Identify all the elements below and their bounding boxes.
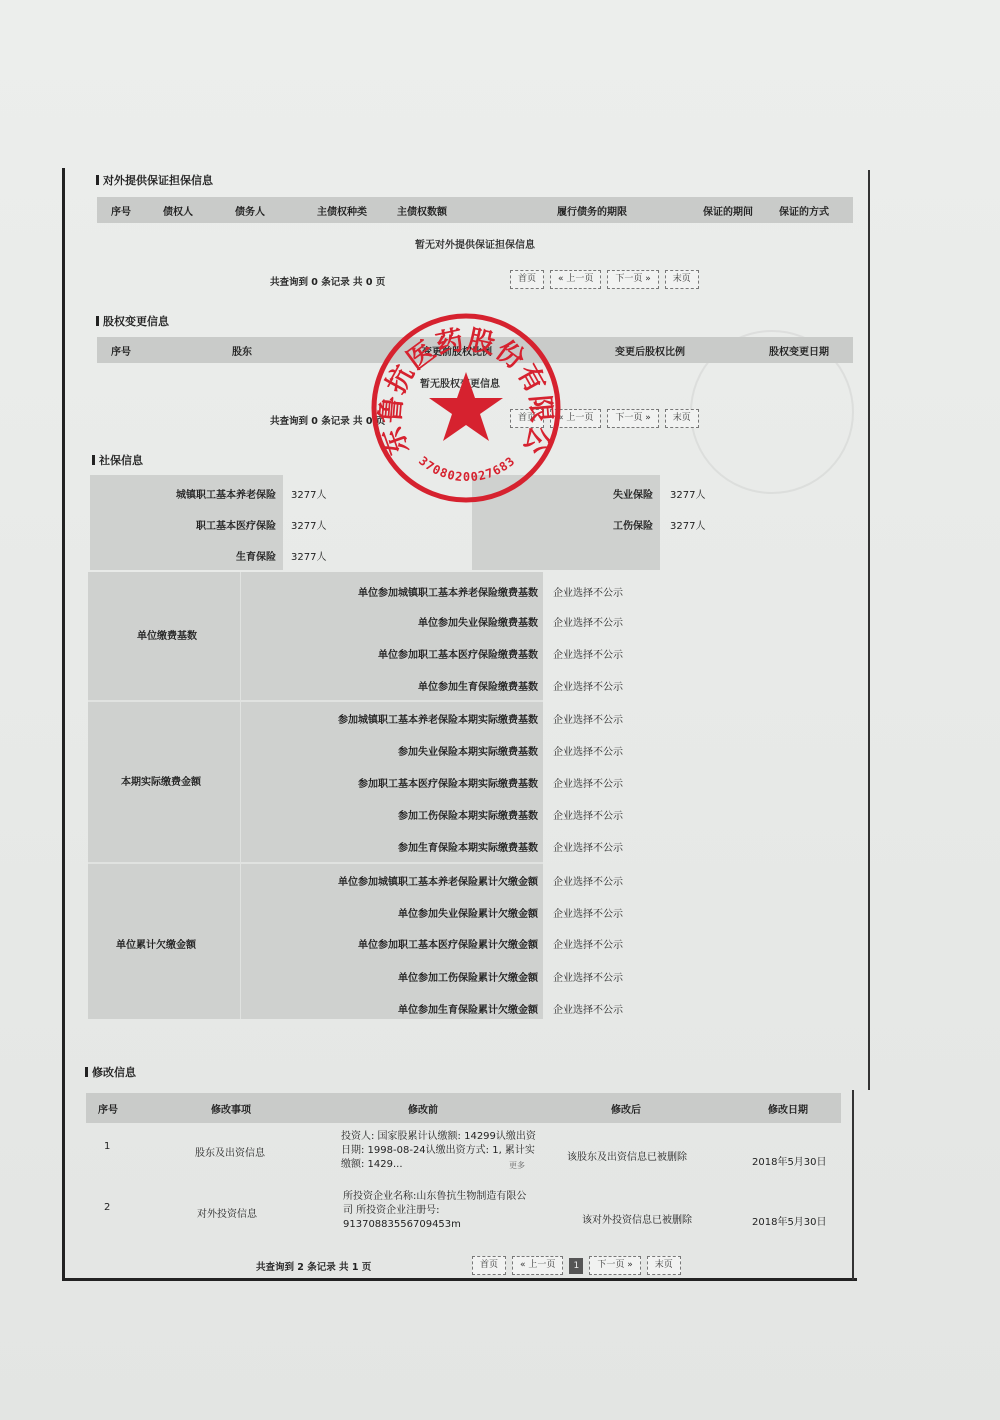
col-header: 股权变更日期 — [769, 343, 829, 358]
row-item: 股东及出资信息 — [195, 1144, 265, 1159]
row-index: 2 — [104, 1202, 110, 1213]
group-row-divider — [88, 862, 543, 864]
item-label: 参加失业保险本期实际缴费基数 — [398, 743, 538, 758]
item-value: 企业选择不公示 — [553, 775, 623, 790]
item-label: 单位参加工伤保险累计欠缴金额 — [398, 969, 538, 984]
item-value: 企业选择不公示 — [553, 873, 623, 888]
last-page-button[interactable]: 末页 — [665, 270, 699, 289]
col-header: 序号 — [111, 343, 131, 358]
count-value: 3277人 — [291, 517, 326, 532]
frame-left-border — [62, 168, 65, 1281]
frame-bottom-border — [62, 1278, 857, 1281]
section-marker — [92, 455, 95, 465]
count-label: 生育保险 — [236, 548, 276, 563]
guarantee-section-title: 对外提供保证担保信息 — [96, 172, 213, 188]
col-header: 保证的期间 — [703, 203, 753, 218]
col-header: 修改事项 — [211, 1101, 251, 1116]
item-value: 企业选择不公示 — [553, 1001, 623, 1016]
item-value: 企业选择不公示 — [553, 839, 623, 854]
row-date: 2018年5月30日 — [752, 1153, 827, 1168]
item-value: 企业选择不公示 — [553, 614, 623, 629]
row-after: 该对外投资信息已被删除 — [582, 1211, 692, 1226]
item-value: 企业选择不公示 — [553, 905, 623, 920]
group-label: 单位缴费基数 — [137, 627, 197, 642]
section-title-text: 社保信息 — [99, 452, 143, 468]
count-label: 失业保险 — [613, 486, 653, 501]
more-link[interactable]: 更多 — [509, 1160, 525, 1171]
item-label: 参加工伤保险本期实际缴费基数 — [398, 807, 538, 822]
pagination: 首页 « 上一页 1 下一页 » 末页 — [472, 1256, 681, 1275]
count-label: 城镇职工基本养老保险 — [176, 486, 276, 501]
group-row-divider — [88, 700, 543, 702]
group-divider — [240, 572, 241, 1019]
prev-page-button[interactable]: « 上一页 — [512, 1256, 563, 1275]
col-header: 序号 — [98, 1101, 118, 1116]
col-header: 主债权种类 — [317, 203, 367, 218]
col-header: 修改日期 — [768, 1101, 808, 1116]
item-value: 企业选择不公示 — [553, 969, 623, 984]
next-page-button[interactable]: 下一页 » — [589, 1256, 640, 1275]
count-value: 3277人 — [670, 486, 705, 501]
row-after: 该股东及出资信息已被删除 — [567, 1148, 687, 1163]
item-label: 参加职工基本医疗保险本期实际缴费基数 — [358, 775, 538, 790]
equity-section-title: 股权变更信息 — [96, 313, 169, 329]
company-seal: 山东鲁抗医药股份有限公司 3708020027683 — [368, 310, 564, 506]
social-section-title: 社保信息 — [92, 452, 143, 468]
empty-message: 暂无对外提供保证担保信息 — [415, 236, 535, 251]
modification-table-header: 序号 修改事项 修改前 修改后 修改日期 — [86, 1093, 841, 1123]
count-label: 工伤保险 — [613, 517, 653, 532]
count-value: 3277人 — [670, 517, 705, 532]
next-page-button[interactable]: 下一页 » — [607, 270, 658, 289]
row-index: 1 — [104, 1141, 110, 1152]
section-title-text: 股权变更信息 — [103, 313, 169, 329]
section-marker — [85, 1067, 88, 1077]
item-label: 单位参加生育保险累计欠缴金额 — [398, 1001, 538, 1016]
row-item: 对外投资信息 — [197, 1205, 257, 1220]
item-label: 单位参加失业保险累计欠缴金额 — [398, 905, 538, 920]
item-label: 单位参加职工基本医疗保险累计欠缴金额 — [358, 936, 538, 951]
section-marker — [96, 175, 99, 185]
item-value: 企业选择不公示 — [553, 678, 623, 693]
item-value: 企业选择不公示 — [553, 936, 623, 951]
frame-right-border-lower — [852, 1090, 854, 1280]
count-value: 3277人 — [291, 486, 326, 501]
item-value: 企业选择不公示 — [553, 711, 623, 726]
row-before: 所投资企业名称:山东鲁抗生物制造有限公司 所投资企业注册号: 913708835… — [343, 1190, 533, 1232]
item-label: 单位参加城镇职工基本养老保险累计欠缴金额 — [338, 873, 538, 888]
item-label: 参加城镇职工基本养老保险本期实际缴费基数 — [338, 711, 538, 726]
first-page-button[interactable]: 首页 — [472, 1256, 506, 1275]
page-count: 共查询到 0 条记录 共 0 页 — [270, 274, 385, 288]
modification-section-title: 修改信息 — [85, 1064, 136, 1080]
item-label: 单位参加职工基本医疗保险缴费基数 — [378, 646, 538, 661]
item-label: 单位参加生育保险缴费基数 — [418, 678, 538, 693]
item-label: 单位参加城镇职工基本养老保险缴费基数 — [358, 584, 538, 599]
item-value: 企业选择不公示 — [553, 743, 623, 758]
guarantee-table-header: 序号 债权人 债务人 主债权种类 主债权数额 履行债务的期限 保证的期间 保证的… — [97, 197, 853, 223]
last-page-button[interactable]: 末页 — [647, 1256, 681, 1275]
col-header: 债务人 — [235, 203, 265, 218]
group-label: 单位累计欠缴金额 — [116, 936, 196, 951]
current-page-button[interactable]: 1 — [569, 1258, 583, 1274]
item-value: 企业选择不公示 — [553, 646, 623, 661]
next-page-button[interactable]: 下一页 » — [607, 409, 658, 428]
col-header: 保证的方式 — [779, 203, 829, 218]
prev-page-button[interactable]: « 上一页 — [550, 270, 601, 289]
item-value: 企业选择不公示 — [553, 584, 623, 599]
item-label: 单位参加失业保险缴费基数 — [418, 614, 538, 629]
section-title-text: 对外提供保证担保信息 — [103, 172, 213, 188]
col-header: 修改前 — [408, 1101, 438, 1116]
col-header: 股东 — [232, 343, 252, 358]
frame-right-border — [868, 170, 870, 1090]
section-marker — [96, 316, 99, 326]
col-header: 债权人 — [163, 203, 193, 218]
item-label: 参加生育保险本期实际缴费基数 — [398, 839, 538, 854]
col-header: 序号 — [111, 203, 131, 218]
svg-text:3708020027683: 3708020027683 — [416, 454, 518, 485]
item-value: 企业选择不公示 — [553, 807, 623, 822]
group-label: 本期实际缴费金额 — [121, 773, 201, 788]
count-value: 3277人 — [291, 548, 326, 563]
seal-graphic: 山东鲁抗医药股份有限公司 3708020027683 — [368, 310, 564, 506]
first-page-button[interactable]: 首页 — [510, 270, 544, 289]
col-header: 修改后 — [611, 1101, 641, 1116]
star-icon — [429, 372, 503, 441]
section-title-text: 修改信息 — [92, 1064, 136, 1080]
row-date: 2018年5月30日 — [752, 1213, 827, 1228]
col-header: 变更后股权比例 — [615, 343, 685, 358]
last-page-button[interactable]: 末页 — [665, 409, 699, 428]
pagination: 首页 « 上一页 下一页 » 末页 — [510, 270, 699, 289]
col-header: 主债权数额 — [397, 203, 447, 218]
count-label: 职工基本医疗保险 — [196, 517, 276, 532]
col-header: 履行债务的期限 — [557, 203, 627, 218]
page-count: 共查询到 2 条记录 共 1 页 — [256, 1259, 371, 1273]
